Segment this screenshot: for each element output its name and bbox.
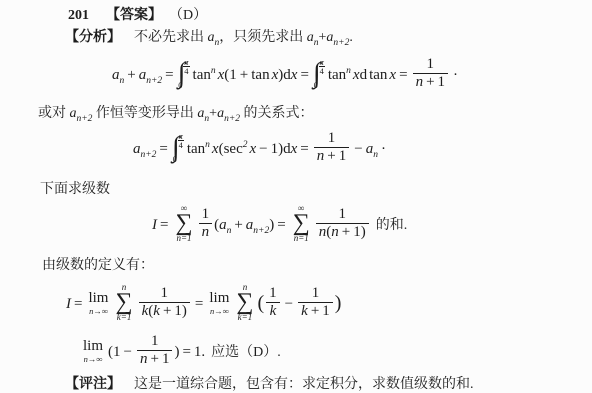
formula-series-sum: I=∞∑n=11n(an+an+2)=∞∑n=11n(n+1)的和.	[152, 202, 592, 248]
formula-an2-integral: an+2=∫π40tannx(sec2x−1)dx=1n+1−an·	[133, 128, 592, 170]
math-operator: −	[121, 344, 135, 360]
math-subscript: n+2	[224, 114, 240, 124]
math-subscript: n+2	[141, 150, 157, 160]
math-fraction: 1n+1	[314, 130, 349, 165]
math-roman: 1)	[174, 303, 187, 319]
series-intro-line: 下面求级数	[40, 180, 592, 199]
summation: ∞∑n=1	[293, 204, 310, 243]
sum-lower-limit: k=1	[238, 313, 253, 322]
math-roman: 1	[339, 206, 347, 222]
summation: ∞∑n=1	[175, 204, 192, 243]
sum-lower-limit: n=1	[294, 234, 309, 243]
integral-lower-limit: 0	[178, 81, 182, 90]
math-var: a	[219, 217, 227, 233]
limit: limn→∞	[209, 291, 229, 316]
math-var: a	[208, 30, 215, 45]
math-roman: 1)	[353, 224, 366, 240]
math-roman: d	[360, 67, 368, 83]
remark-label: 【评注】	[65, 377, 121, 392]
fraction-numerator: 1	[137, 333, 172, 350]
math-subscript: n+2	[146, 76, 162, 86]
math-roman: tan	[251, 67, 269, 83]
integral-upper-limit: π4	[319, 58, 325, 76]
limit-word: lim	[83, 339, 103, 354]
sum-lower-limit: k=1	[117, 313, 132, 322]
summation: n∑k=1	[236, 283, 253, 322]
math-roman: tan	[328, 67, 346, 83]
integral-limits: π40	[319, 58, 325, 90]
integral-limits: π40	[178, 132, 184, 164]
math-var: x	[212, 141, 219, 157]
limit-subscript: n→∞	[89, 307, 108, 316]
math-cjk-text: 应选（D）.	[211, 345, 281, 360]
math-roman: 1	[312, 285, 320, 301]
math-operator: +	[339, 224, 353, 240]
math-operator: −	[351, 141, 365, 157]
math-cjk-text: 的和.	[376, 218, 408, 233]
limit-subscript: n→∞	[84, 355, 103, 364]
math-fraction: 1n+1	[137, 333, 172, 368]
math-operator: =	[179, 344, 193, 360]
sigma-sign: ∑	[175, 213, 192, 233]
fraction-numerator: 1	[298, 285, 333, 302]
math-var: n	[202, 224, 210, 240]
math-operator: =	[297, 141, 311, 157]
math-roman: 1	[328, 130, 336, 146]
math-var: a	[70, 106, 77, 121]
tiny-fraction-denominator: 4	[183, 66, 189, 76]
math-operator: =	[274, 217, 288, 233]
fraction-denominator: n(n+1)	[316, 223, 369, 241]
math-subscript: n	[373, 150, 378, 160]
math-var: k	[301, 303, 308, 319]
fraction-numerator: 1	[314, 130, 349, 147]
integral-limits: π40	[183, 58, 189, 90]
summation: n∑k=1	[115, 283, 132, 322]
math-roman: ·	[453, 67, 458, 83]
math-operator: +	[324, 148, 338, 164]
math-operator: +	[147, 351, 161, 367]
analysis-text: 不必先求出 an，只须先求出 an+an+2.	[134, 30, 353, 45]
fraction-denominator: n+1	[137, 350, 172, 368]
limit-subscript: n→∞	[210, 307, 229, 316]
math-operator: +	[231, 217, 245, 233]
math-roman: tan	[187, 141, 205, 157]
math-operator: =	[157, 217, 171, 233]
math-operator: +	[237, 67, 251, 83]
integral-upper-limit: π4	[183, 58, 189, 76]
sigma-sign: ∑	[236, 292, 253, 312]
tiny-fraction-denominator: 4	[319, 66, 325, 76]
math-roman: (1	[224, 67, 237, 83]
math-roman: tan	[193, 67, 211, 83]
math-cjk-text: .	[349, 30, 353, 45]
problem-header: 201【答案】（D）	[68, 6, 592, 25]
sigma-sign: ∑	[115, 292, 132, 312]
document-page: 201【答案】（D） 【分析】不必先求出 an，只须先求出 an+an+2. a…	[0, 0, 592, 393]
math-cjk-text: 作恒等变形导出	[92, 106, 197, 121]
math-roman: 1	[427, 56, 435, 72]
math-roman: tan	[369, 67, 387, 83]
math-var: a	[112, 67, 120, 83]
math-var: n	[416, 74, 424, 90]
math-operator: =	[156, 141, 170, 157]
math-operator: −	[256, 141, 270, 157]
fraction-numerator: 1	[316, 206, 369, 223]
math-roman: (1	[108, 344, 121, 360]
math-roman: 1	[161, 285, 169, 301]
sigma-sign: ∑	[293, 213, 310, 233]
math-roman: +	[209, 106, 217, 121]
tiny-fraction: π4	[183, 58, 189, 76]
fraction-denominator: k(k+1)	[139, 302, 190, 320]
formula-an-plus-an2-integral: an+an+2=∫π40tannx(1+tanx)dx=∫π40tannxdta…	[112, 55, 592, 95]
fraction-numerator: 1	[199, 206, 213, 223]
analysis-line: 【分析】不必先求出 an，只须先求出 an+an+2.	[65, 28, 592, 47]
math-var: k	[153, 303, 160, 319]
math-roman: 1	[438, 74, 446, 90]
tiny-fraction: π4	[319, 58, 325, 76]
integral-upper-limit: π4	[178, 132, 184, 150]
fraction-numerator: 1	[139, 285, 190, 302]
remark-text: 这是一道综合题，包含有：求定积分，求数值级数的和.	[134, 377, 474, 392]
math-var: n	[331, 224, 339, 240]
math-fraction: 1n(n+1)	[316, 206, 369, 241]
math-superscript: 2	[243, 140, 248, 150]
fraction-denominator: k	[266, 302, 280, 320]
fraction-denominator: n	[199, 223, 213, 241]
math-var: x	[353, 67, 360, 83]
remark-line: 【评注】这是一道综合题，包含有：求定积分，求数值级数的和.	[65, 375, 592, 393]
math-subscript: n+2	[333, 38, 349, 48]
math-operator: +	[308, 303, 322, 319]
math-fraction: 1k(k+1)	[139, 285, 190, 320]
math-fraction: 1k	[266, 285, 280, 320]
math-cjk-text: 或对	[38, 106, 70, 121]
math-roman: (sec	[219, 141, 243, 157]
tiny-fraction-denominator: 4	[178, 140, 184, 150]
math-roman: 1	[269, 285, 277, 301]
math-cjk-text: 不必先求出	[134, 30, 208, 45]
integral-lower-limit: 0	[173, 155, 177, 164]
formula-limit-result: limn→∞(1−1n+1)=1.应选（D）.	[80, 332, 592, 372]
integral: ∫π40	[313, 58, 325, 90]
math-roman: 1.	[194, 344, 205, 360]
math-cjk-text: ，只须先求出	[219, 30, 307, 45]
problem-number: 201	[68, 8, 89, 23]
math-operator: =	[71, 296, 85, 312]
math-fraction: 1k+1	[298, 285, 333, 320]
math-big-paren: )	[335, 292, 342, 314]
integral: ∫π40	[172, 132, 184, 164]
math-roman: 1)d	[271, 141, 291, 157]
limit: limn→∞	[88, 291, 108, 316]
integral-lower-limit: 0	[314, 81, 318, 90]
math-superscript: n	[346, 66, 351, 76]
math-cjk-text: 的关系式：	[240, 106, 314, 121]
math-subscript: n+2	[77, 114, 93, 124]
math-roman: 1	[339, 148, 347, 164]
limit: limn→∞	[83, 339, 103, 364]
tiny-fraction-numerator: π	[178, 132, 184, 141]
math-big-paren: (	[258, 292, 265, 314]
math-roman: 1	[202, 206, 210, 222]
math-roman: ·	[381, 141, 386, 157]
math-superscript: n	[211, 66, 216, 76]
math-operator: +	[160, 303, 174, 319]
math-roman: 1	[322, 303, 330, 319]
series-definition-line: 由级数的定义有：	[42, 256, 592, 275]
formula-limit-partial-sum: I=limn→∞n∑k=11k(k+1)=limn→∞n∑k=1(1k−1k+1…	[66, 280, 592, 326]
limit-word: lim	[209, 291, 229, 306]
limit-word: lim	[88, 291, 108, 306]
tiny-fraction-numerator: π	[319, 58, 325, 67]
tiny-fraction-numerator: π	[183, 58, 189, 67]
math-superscript: n	[205, 140, 210, 150]
fraction-denominator: n+1	[314, 147, 349, 165]
math-roman: 1	[151, 333, 159, 349]
fraction-numerator: 1	[266, 285, 280, 302]
math-fraction: 1n+1	[413, 56, 448, 91]
math-subscript: n+2	[253, 226, 269, 236]
math-operator: +	[423, 74, 437, 90]
math-var: a	[133, 141, 141, 157]
answer-value: （D）	[176, 8, 207, 23]
sum-lower-limit: n=1	[176, 234, 191, 243]
math-operator: =	[396, 67, 410, 83]
math-roman: )d	[278, 67, 291, 83]
relation-line: 或对 an+2 作恒等变形导出 an+an+2 的关系式：	[38, 104, 592, 123]
answer-label: 【答案】	[106, 8, 162, 23]
fraction-numerator: 1	[413, 56, 448, 73]
math-fraction: 1n	[199, 206, 213, 241]
fraction-denominator: n+1	[413, 73, 448, 91]
math-operator: +	[124, 67, 138, 83]
math-operator: =	[192, 296, 206, 312]
fraction-denominator: k+1	[298, 302, 333, 320]
math-operator: =	[162, 67, 176, 83]
math-roman: 1	[162, 351, 170, 367]
tiny-fraction: π4	[178, 132, 184, 150]
analysis-label: 【分析】	[65, 30, 121, 45]
math-var: a	[307, 30, 314, 45]
math-operator: =	[297, 67, 311, 83]
integral: ∫π40	[178, 58, 190, 90]
math-operator: −	[282, 296, 296, 312]
math-var: k	[270, 303, 277, 319]
